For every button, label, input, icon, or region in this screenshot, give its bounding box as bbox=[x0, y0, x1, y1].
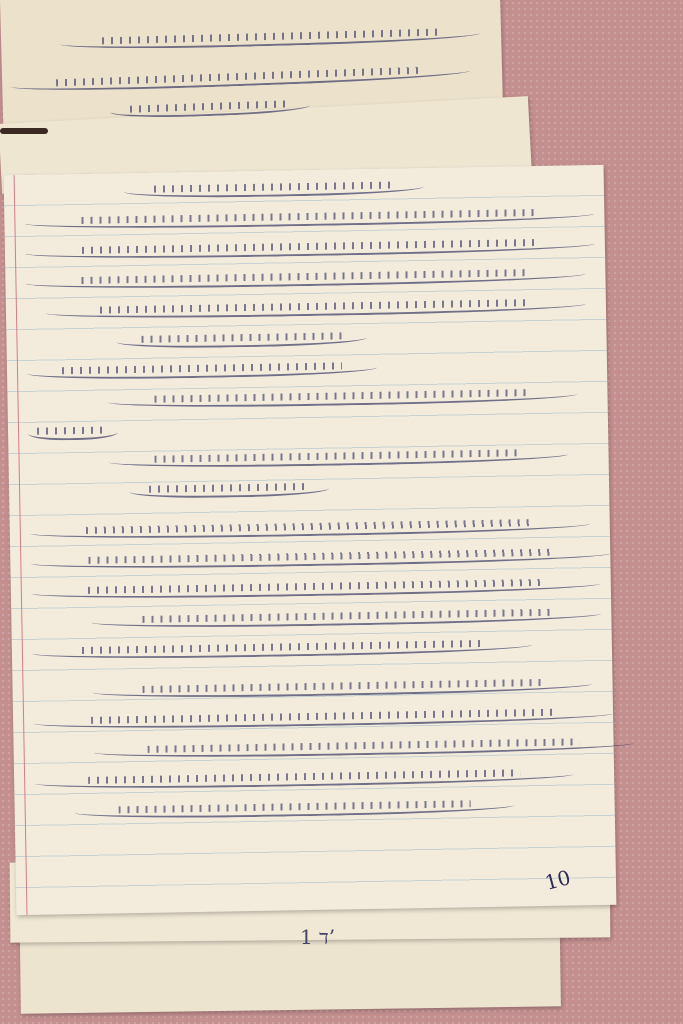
handwritten-line bbox=[92, 675, 592, 700]
main-manuscript-page bbox=[4, 165, 617, 915]
handwritten-line bbox=[32, 636, 532, 661]
handwritten-line bbox=[33, 705, 613, 731]
bottom-mark: 1 ד’ bbox=[300, 925, 335, 950]
handwritten-line bbox=[91, 605, 601, 630]
handwritten-line bbox=[124, 178, 424, 199]
handwritten-line bbox=[24, 205, 594, 231]
handwritten-line bbox=[30, 545, 610, 571]
handwritten-line bbox=[107, 385, 577, 409]
handwritten-line bbox=[25, 265, 585, 291]
margin-line bbox=[14, 175, 28, 915]
handwritten-line bbox=[75, 796, 515, 820]
handwritten-line bbox=[129, 480, 329, 499]
handwritten-line bbox=[94, 734, 634, 759]
burn-mark bbox=[0, 128, 48, 134]
handwritten-line bbox=[46, 295, 586, 320]
handwritten-line bbox=[27, 359, 377, 381]
handwritten-line bbox=[116, 329, 366, 349]
handwritten-line bbox=[108, 445, 568, 469]
handwritten-line bbox=[25, 235, 595, 261]
handwritten-line bbox=[34, 765, 574, 790]
handwritten-line bbox=[30, 515, 590, 541]
handwritten-line bbox=[31, 575, 601, 601]
handwritten-line bbox=[28, 423, 118, 441]
